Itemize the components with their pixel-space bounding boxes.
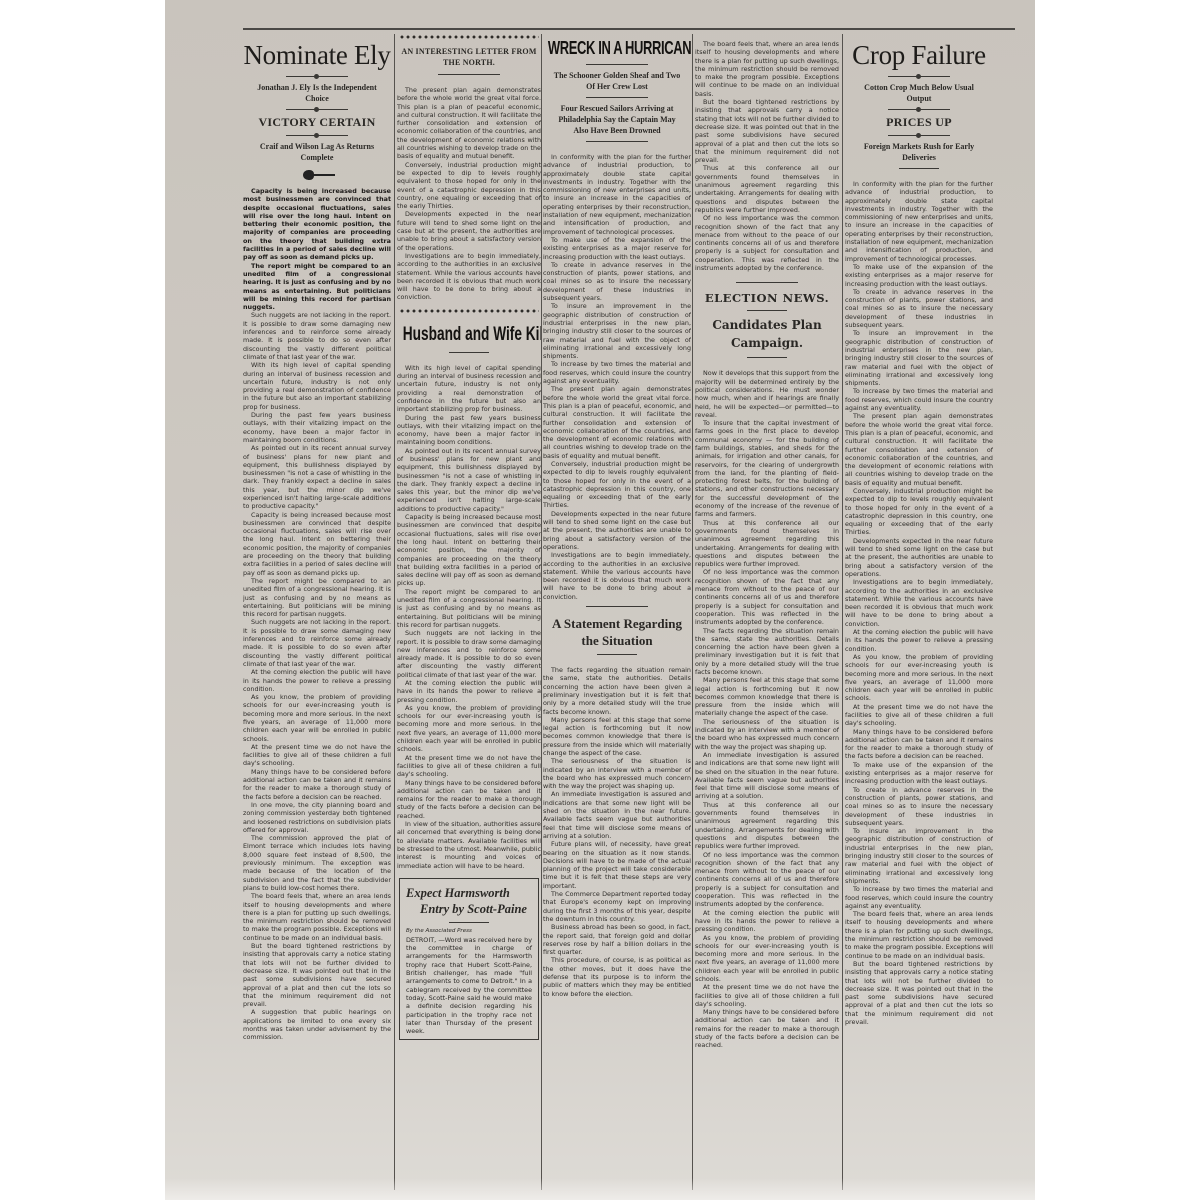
paragraph: To create in advance reserves in the con… [845, 288, 993, 329]
divider [888, 109, 950, 110]
paragraph: Many things have to be considered before… [695, 1008, 839, 1049]
paragraph: An immediate investigation is assured an… [543, 790, 691, 840]
paragraph: During the past few years business outla… [243, 411, 391, 444]
divider [586, 141, 648, 142]
divider [888, 135, 950, 136]
paragraph: A suggestion that public hearings on app… [243, 1008, 391, 1041]
paragraph: Conversely, industrial production might … [397, 161, 541, 211]
paragraph: Capacity is being increased because most… [243, 511, 391, 577]
paragraph: The board feels that, where an area lend… [695, 40, 839, 98]
paragraph: At the coming election the public will h… [397, 679, 541, 704]
headline-election-news: ELECTION NEWS. [695, 291, 839, 305]
paragraph: Conversely, industrial production might … [845, 487, 993, 537]
divider [597, 654, 637, 655]
headline-interesting-letter: AN INTERESTING LETTER FROM THE NORTH. [401, 46, 537, 68]
deck-caps: VICTORY CERTAIN [243, 115, 391, 130]
divider [438, 74, 500, 75]
paragraph: Developments expected in the near future… [543, 510, 691, 551]
paragraph: But the board tightened restrictions by … [695, 98, 839, 164]
deck: Foreign Markets Rush for Early Deliverie… [853, 141, 985, 163]
divider [736, 282, 798, 283]
column-crop-failure: Crop Failure Cotton Crop Much Below Usua… [845, 34, 993, 1192]
article-body: Capacity is being increased because most… [243, 187, 391, 1042]
paragraph: The report might be compared to an unedi… [243, 262, 391, 312]
paragraph: But the board tightened restrictions by … [243, 942, 391, 1008]
box-text: —Word was received here by the committee… [406, 936, 532, 1035]
divider [747, 357, 787, 358]
byline: By the Associated Press [406, 928, 532, 934]
paragraph: To insure an improvement in the geograph… [845, 329, 993, 387]
column-election-news: The board feels that, where an area lend… [695, 34, 839, 1192]
column-rule [692, 34, 693, 1190]
box-headline-line2: Entry by Scott-Paine [406, 901, 532, 917]
paragraph: The commission approved the plat of Elmo… [243, 834, 391, 892]
divider [899, 168, 939, 169]
deck: Cotton Crop Much Below Usual Output [853, 82, 985, 104]
paragraph: Investigations are to begin immediately,… [543, 551, 691, 601]
paragraph: At the coming election the public will h… [845, 628, 993, 653]
column-rule [541, 34, 542, 1190]
paragraph: The board feels that, where an area lend… [845, 910, 993, 960]
paragraph: To increase by two times the material an… [845, 387, 993, 412]
paragraph: At the coming election the public will h… [695, 909, 839, 934]
ornament-border [399, 308, 539, 314]
paragraph: An immediate investigation is assured an… [695, 751, 839, 801]
paragraph: But the board tightened restrictions by … [845, 960, 993, 1026]
paragraph: Capacity is being increased because most… [397, 513, 541, 588]
paragraph: The Commerce Department reported today t… [543, 890, 691, 923]
paragraph: Conversely, industrial production might … [543, 460, 691, 510]
divider [286, 76, 348, 77]
article-body: Now it develops that this support from t… [695, 369, 839, 1049]
paragraph: The present plan again demonstrates befo… [845, 412, 993, 487]
paragraph: Many things have to be considered before… [845, 728, 993, 761]
paragraph: In conformity with the plan for the furt… [845, 180, 993, 263]
deck-caps: PRICES UP [845, 115, 993, 130]
paragraph: The seriousness of the situation is indi… [695, 718, 839, 751]
article-body: The board feels that, where an area lend… [695, 40, 839, 272]
paragraph: As pointed out in its recent annual surv… [397, 447, 541, 513]
paragraph: At the present time we do not have the f… [695, 983, 839, 1008]
paragraph: To make use of the expansion of the exis… [845, 263, 993, 288]
paper-fold [165, 1178, 1035, 1200]
pointing-hand-icon [297, 169, 337, 181]
column-wreck-hurricane: WRECK IN A HURRICANE The Schooner Golden… [543, 34, 691, 1192]
paragraph: With its high level of capital spending … [243, 361, 391, 411]
paragraph: To insure an improvement in the geograph… [543, 302, 691, 360]
paragraph: The present plan again demonstrates befo… [543, 385, 691, 460]
paragraph: Developments expected in the near future… [845, 537, 993, 578]
dateline: DETROIT, [406, 936, 436, 944]
article-body: The present plan again demonstrates befo… [397, 86, 541, 302]
column-rule [842, 34, 843, 1190]
paragraph: Many persons feel at this stage that som… [543, 716, 691, 757]
divider [449, 352, 489, 353]
paragraph: To create in advance reserves in the con… [543, 261, 691, 302]
paragraph: Many things have to be considered before… [243, 768, 391, 801]
ornament-border [399, 34, 539, 40]
paragraph: The report might be compared to an unedi… [243, 577, 391, 618]
headline-wreck-in-a-hurricane: WRECK IN A HURRICANE [548, 38, 686, 59]
paragraph: As you know, the problem of providing sc… [397, 704, 541, 754]
paragraph: Business abroad has been so good, in fac… [543, 923, 691, 956]
paragraph: As pointed out in its recent annual surv… [243, 444, 391, 510]
paragraph: Capacity is being increased because most… [243, 187, 391, 262]
paragraph: Such nuggets are not lacking in the repo… [243, 311, 391, 361]
headline-crop-failure: Crop Failure [845, 40, 993, 71]
box-headline: Expect Harmsworth Entry by Scott-Paine [406, 885, 532, 917]
top-rule [243, 28, 1015, 30]
column-letter-from-north: AN INTERESTING LETTER FROM THE NORTH. Th… [397, 34, 541, 1192]
divider [286, 109, 348, 110]
article-body: In conformity with the plan for the furt… [845, 180, 993, 1026]
paragraph: Investigations are to begin immediately,… [845, 578, 993, 628]
paragraph: Investigations are to begin immediately,… [397, 252, 541, 302]
newspaper-page: Nominate Ely Jonathan J. Ely Is the Inde… [165, 0, 1035, 1200]
scott-paine-box: Expect Harmsworth Entry by Scott-Paine B… [399, 878, 539, 1041]
paragraph: Developments expected in the near future… [397, 210, 541, 251]
headline-statement-regarding-situation: A Statement Regarding the Situation [543, 615, 691, 649]
box-headline-line1: Expect Harmsworth [406, 886, 510, 900]
paragraph: To create in advance reserves in the con… [845, 786, 993, 827]
paragraph: To increase by two times the material an… [543, 360, 691, 385]
paragraph: As you know, the problem of providing sc… [695, 934, 839, 984]
deck: Craif and Wilson Lag As Returns Complete [251, 141, 383, 163]
paragraph: Of no less importance was the common rec… [695, 568, 839, 626]
paragraph: At the present time we do not have the f… [397, 754, 541, 779]
paragraph: Such nuggets are not lacking in the repo… [243, 618, 391, 668]
paragraph: Thus at this conference all our governme… [695, 164, 839, 214]
paragraph: During the past few years business outla… [397, 414, 541, 447]
paragraph: The board feels that, where an area lend… [243, 892, 391, 942]
paragraph: At the present time we do not have the f… [845, 703, 993, 728]
paragraph: As you know, the problem of providing sc… [845, 653, 993, 703]
deck: Four Rescued Sailors Arriving at Philade… [551, 103, 683, 136]
divider [888, 76, 950, 77]
paragraph: The present plan again demonstrates befo… [397, 86, 541, 161]
column-nominate-ely: Nominate Ely Jonathan J. Ely Is the Inde… [243, 34, 391, 1192]
paragraph: Thus at this conference all our governme… [695, 519, 839, 569]
article-body: The facts regarding the situation remain… [543, 666, 691, 998]
paragraph: To insure that the capital investment of… [695, 419, 839, 519]
paragraph: This procedure, of course, is as politic… [543, 956, 691, 997]
divider [286, 135, 348, 136]
paragraph: The seriousness of the situation is indi… [543, 757, 691, 790]
paragraph: At the coming election the public will h… [243, 668, 391, 693]
paragraph: Future plans will, of necessity, have gr… [543, 840, 691, 890]
paragraph: At the present time we do not have the f… [243, 743, 391, 768]
headline-husband-wife-killed: Husband and Wife Killed. [403, 324, 535, 346]
subhead-candidates-plan-campaign: Candidates Plan Campaign. [695, 316, 839, 352]
box-body: DETROIT, —Word was received here by the … [406, 936, 532, 1036]
paragraph: Of no less importance was the common rec… [695, 851, 839, 909]
divider [449, 922, 489, 923]
paragraph: The report might be compared to an unedi… [397, 588, 541, 629]
paragraph: The facts regarding the situation remain… [543, 666, 691, 716]
deck: The Schooner Golden Sheaf and Two Of Her… [551, 70, 683, 92]
divider [747, 310, 787, 311]
paragraph: In conformity with the plan for the furt… [543, 153, 691, 236]
paragraph: In one move, the city planning board and… [243, 801, 391, 834]
headline-nominate-ely: Nominate Ely [243, 40, 391, 71]
divider [586, 64, 648, 65]
paragraph: To insure an improvement in the geograph… [845, 827, 993, 885]
article-body: With its high level of capital spending … [397, 364, 541, 870]
column-rule [394, 34, 395, 1190]
paragraph: The facts regarding the situation remain… [695, 627, 839, 677]
paragraph: In view of the situation, authorities as… [397, 820, 541, 870]
article-body: In conformity with the plan for the furt… [543, 153, 691, 601]
paragraph: Many things have to be considered before… [397, 779, 541, 820]
paragraph: Thus at this conference all our governme… [695, 801, 839, 851]
divider [586, 606, 648, 607]
paragraph: Many persons feel at this stage that som… [695, 676, 839, 717]
paragraph: Of no less importance was the common rec… [695, 214, 839, 272]
deck: Jonathan J. Ely Is the Independent Choic… [251, 82, 383, 104]
paragraph: To increase by two times the material an… [845, 885, 993, 910]
paragraph: To make use of the expansion of the exis… [543, 236, 691, 261]
paragraph: Now it develops that this support from t… [695, 369, 839, 419]
paragraph: With its high level of capital spending … [397, 364, 541, 414]
divider [586, 97, 648, 98]
paragraph: To make use of the expansion of the exis… [845, 761, 993, 786]
paragraph: As you know, the problem of providing sc… [243, 693, 391, 743]
paragraph: Such nuggets are not lacking in the repo… [397, 629, 541, 679]
